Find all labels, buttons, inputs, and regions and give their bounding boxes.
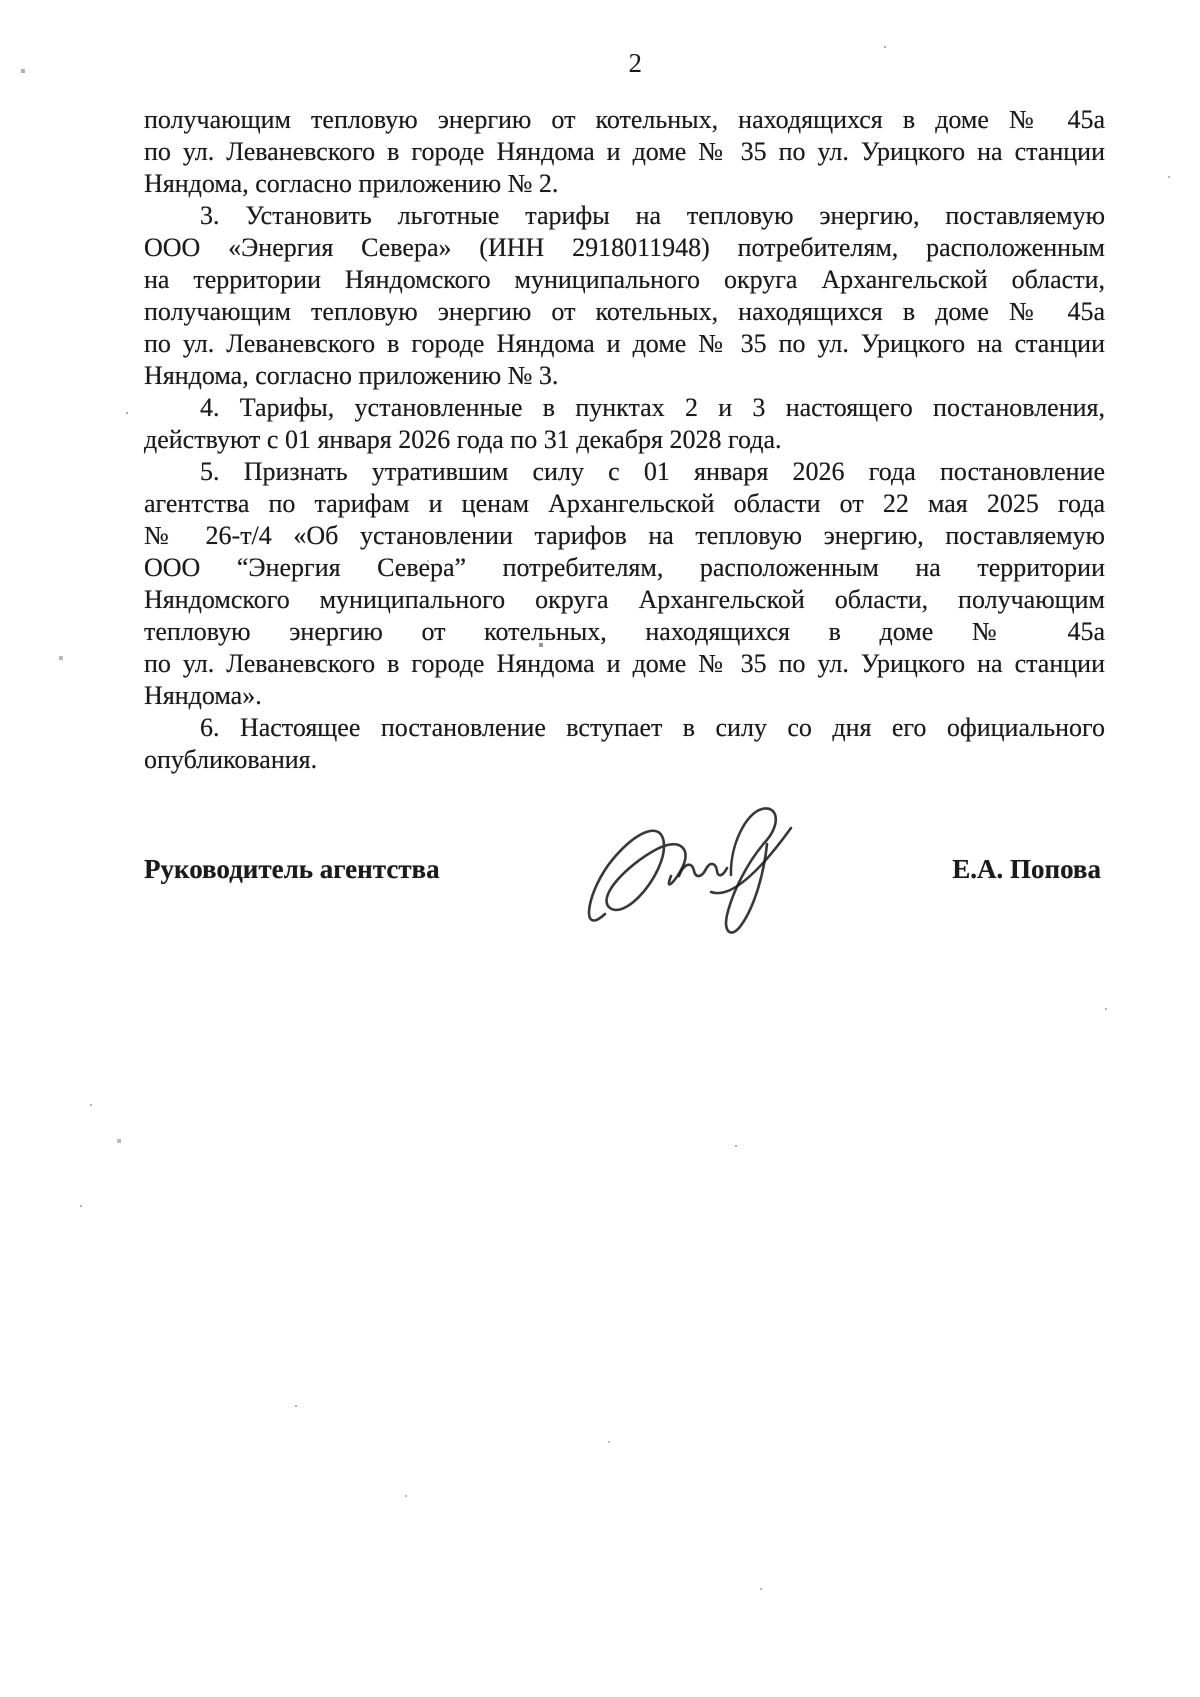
paragraph-item-6: 6. Настоящее постановление вступает в си…: [144, 712, 1105, 776]
text-line: опубликования.: [144, 744, 1105, 776]
text-line: по ул. Леваневского в городе Няндома и д…: [144, 136, 1105, 168]
signatory-name: Е.А. Попова: [952, 854, 1105, 885]
scan-noise: [0, 0, 2, 2]
text-line: Няндома, согласно приложению № 2.: [144, 168, 1105, 200]
text-line: Няндома, согласно приложению № 3.: [144, 360, 1105, 392]
text-line: тепловую энергию от котельных, находящих…: [144, 616, 1105, 648]
text-line: 6. Настоящее постановление вступает в си…: [144, 712, 1105, 744]
text-line: получающим тепловую энергию от котельных…: [144, 104, 1105, 136]
text-line: получающим тепловую энергию от котельных…: [144, 296, 1105, 328]
paragraph-item-3: 3. Установить льготные тарифы на теплову…: [144, 200, 1105, 392]
text-line: 4. Тарифы, установленные в пунктах 2 и 3…: [144, 392, 1105, 424]
text-line: Няндома».: [144, 680, 1105, 712]
text-line: действуют с 01 января 2026 года по 31 де…: [144, 424, 1105, 456]
handwritten-signature-icon: [583, 796, 811, 968]
signatory-title: Руководитель агентства: [144, 854, 440, 885]
scanned-document-page: 2 получающим тепловую энергию от котельн…: [0, 0, 1200, 1697]
paragraph-continuation: получающим тепловую энергию от котельных…: [144, 104, 1105, 200]
text-line: агентства по тарифам и ценам Архангельск…: [144, 488, 1105, 520]
text-line: 3. Установить льготные тарифы на теплову…: [144, 200, 1105, 232]
text-line: ООО “Энергия Севера” потребителям, распо…: [144, 552, 1105, 584]
paragraph-item-4: 4. Тарифы, установленные в пунктах 2 и 3…: [144, 392, 1105, 456]
text-line: ООО «Энергия Севера» (ИНН 2918011948) по…: [144, 232, 1105, 264]
text-line: № 26-т/4 «Об установлении тарифов на теп…: [144, 520, 1105, 552]
text-line: Няндомского муниципального округа Арханг…: [144, 584, 1105, 616]
text-line: по ул. Леваневского в городе Няндома и д…: [144, 648, 1105, 680]
document-body: получающим тепловую энергию от котельных…: [144, 104, 1105, 776]
paragraph-item-5: 5. Признать утратившим силу с 01 января …: [144, 456, 1105, 712]
text-line: 5. Признать утратившим силу с 01 января …: [144, 456, 1105, 488]
text-line: на территории Няндомского муниципального…: [144, 264, 1105, 296]
page-number: 2: [144, 48, 1105, 79]
text-line: по ул. Леваневского в городе Няндома и д…: [144, 328, 1105, 360]
